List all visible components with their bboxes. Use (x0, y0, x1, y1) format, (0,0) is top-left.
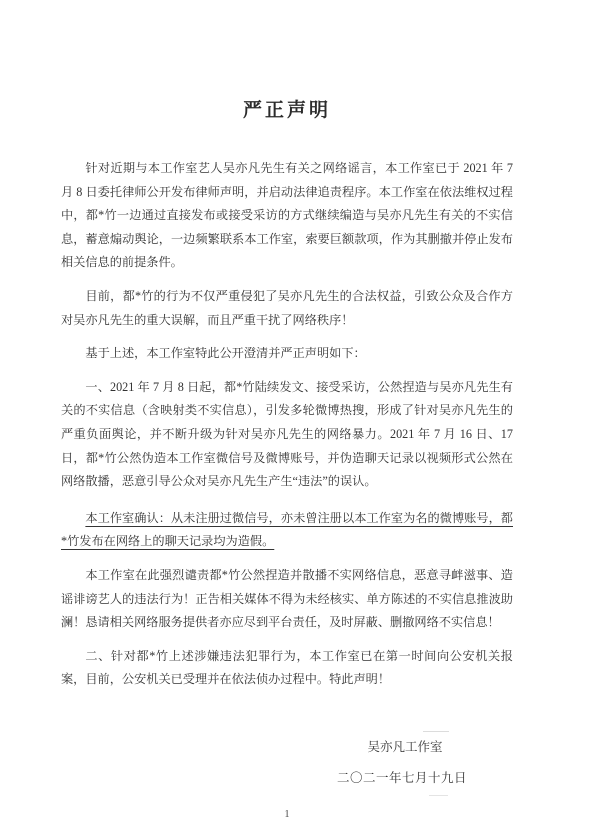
signature-date: 二〇二一年七月十九日 (61, 766, 513, 790)
statement-title: 严正声明 (61, 98, 513, 124)
statement-paragraph-current-harm: 目前，都*竹的行为不仅严重侵犯了吴亦凡先生的合法权益，引致公众及合作方对吴亦凡先… (61, 285, 513, 332)
statement-paragraph-point-two: 二、针对都*竹上述涉嫌违法犯罪行为，本工作室已在第一时间向公安机关报案，目前，公… (61, 645, 513, 692)
scan-artifact-line (423, 731, 449, 732)
statement-paragraph-confirmation-underlined: 本工作室确认：从未注册过微信号，亦未曾注册以本工作室为名的微博账号，都*竹发布在… (61, 507, 513, 554)
signature-studio-name: 吴亦凡工作室 (61, 735, 513, 759)
scan-artifact-line (429, 795, 448, 796)
statement-paragraph-point-one: 一、2021 年 7 月 8 日起，都*竹陆续发文、接受采访，公然捏造与吴亦凡先… (61, 376, 513, 494)
statement-paragraph-intro: 针对近期与本工作室艺人吴亦凡先生有关之网络谣言，本工作室已于 2021 年 7 … (61, 157, 513, 275)
statement-paragraph-condemnation: 本工作室在此强烈谴责都*竹公然捏造并散播不实网络信息，恶意寻衅滋事、造谣诽谤艺人… (61, 564, 513, 635)
statement-paragraph-declaration-lead: 基于上述，本工作室特此公开澄清并严正声明如下： (61, 342, 513, 366)
statement-document-page: 严正声明 针对近期与本工作室艺人吴亦凡先生有关之网络谣言，本工作室已于 2021… (0, 0, 610, 831)
statement-content: 严正声明 针对近期与本工作室艺人吴亦凡先生有关之网络谣言，本工作室已于 2021… (61, 0, 513, 822)
page-number: 1 (61, 808, 513, 822)
